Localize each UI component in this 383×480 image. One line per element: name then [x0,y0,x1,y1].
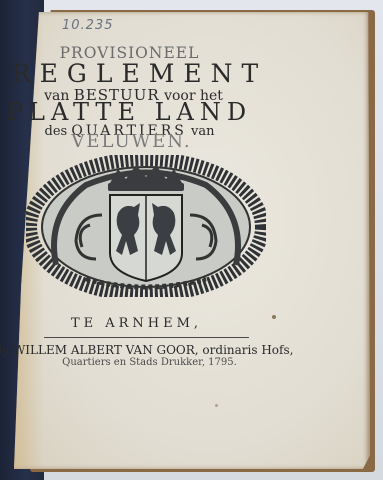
coat-of-arms-emblem [26,155,266,297]
lion-left-icon [116,203,140,255]
title-line-veluwen: VELUWEN. [0,131,323,152]
place-of-printing: TE ARNHEM, [0,316,328,331]
imprint-date: Quartiers en Stads Drukker, 1795. [0,357,341,368]
title-line-reglement: REGLEMENT [0,59,331,88]
paper-stain [215,404,218,407]
lion-right-icon [152,203,176,255]
paper-stain [272,315,276,319]
divider-rule [44,337,249,338]
handwritten-shelf-number: 10.235 [62,18,114,33]
imprint-printer: By WILLEM ALBERT VAN GOOR, ordinaris Hof… [0,343,335,357]
title-line-platte-land: PLATTE LAND [0,98,321,126]
